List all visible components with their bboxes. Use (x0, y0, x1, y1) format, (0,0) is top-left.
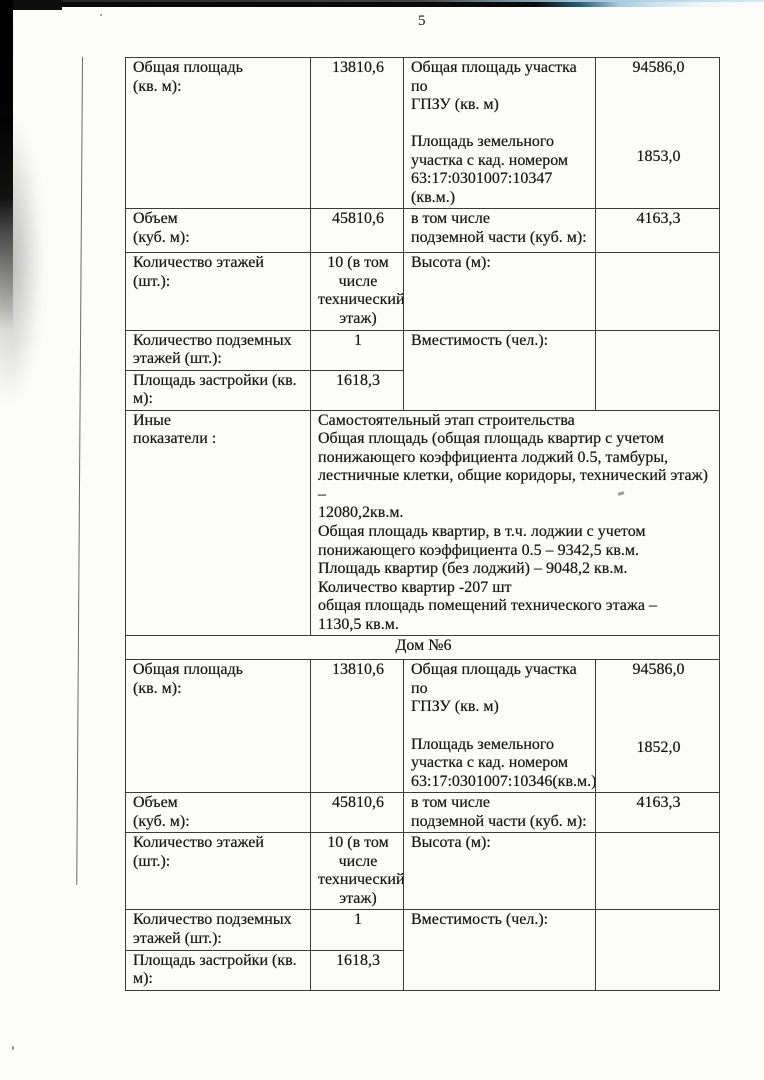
footprint-label: Площадь застройки (кв. м): (126, 370, 311, 410)
volume-label: Объем (куб. м): (126, 793, 311, 833)
section-house-6: Общая площадь (кв. м): 13810,6 Общая пло… (126, 660, 720, 990)
construction-indicators-table: Общая площадь (кв. м): 13810,6 Общая пло… (125, 57, 720, 991)
other-indicators-label: Иные показатели : (126, 410, 311, 636)
row-floors: Количество этажей (шт.): 10 (в том числе… (126, 253, 720, 330)
height-value-cell (596, 253, 720, 330)
height-label: Высота (м): (404, 833, 596, 910)
total-area-label: Общая площадь (кв. м): (126, 58, 311, 209)
page-number: 5 (0, 13, 764, 30)
capacity-value-cell (596, 910, 720, 990)
row-volume: Объем (куб. м): 45810,6 в том числе подз… (126, 209, 720, 253)
cadastral-plot-value: 1852,0 (603, 739, 714, 758)
capacity-value-cell (596, 330, 720, 410)
scan-top-black-bar (0, 2, 764, 7)
volume-value: 45810,6 (311, 793, 404, 833)
section-house-1: Общая площадь (кв. м): 13810,6 Общая пло… (126, 58, 720, 636)
capacity-label: Вместимость (чел.): (404, 330, 596, 410)
plot-area-values-cell: 94586,0 1853,0 (596, 58, 720, 209)
other-indicators-text: Самостоятельный этап строительства Общая… (311, 410, 720, 636)
incl-underground-label: в том числе подземной части (куб. м): (404, 793, 596, 833)
incl-underground-value: 4163,3 (596, 209, 720, 253)
house-6-header-section: Дом №6 (126, 636, 720, 660)
scanned-document-page: 5 Общая площадь (кв. м): 13810,6 Общая п… (0, 0, 764, 1080)
scan-smudge-shadow (0, 110, 44, 410)
footprint-value: 1618,3 (311, 950, 404, 990)
total-area-label: Общая площадь (кв. м): (126, 660, 311, 793)
volume-label: Объем (куб. м): (126, 209, 311, 253)
incl-underground-value: 4163,3 (596, 793, 720, 833)
underground-floors-value: 1 (311, 330, 404, 370)
floors-value: 10 (в том числе технический этаж) (311, 833, 404, 910)
incl-underground-label: в том числе подземной части (куб. м): (404, 209, 596, 253)
floors-value: 10 (в том числе технический этаж) (311, 253, 404, 330)
footprint-label: Площадь застройки (кв. м): (126, 950, 311, 990)
footprint-value: 1618,3 (311, 370, 404, 410)
plot-area-values-cell: 94586,0 1852,0 (596, 660, 720, 793)
plot-area-label: Общая площадь участка по ГПЗУ (кв. м) Пл… (404, 58, 596, 209)
height-label: Высота (м): (404, 253, 596, 330)
house-header: Дом №6 (126, 636, 720, 660)
floors-label: Количество этажей (шт.): (126, 833, 311, 910)
row-other-indicators: Иные показатели : Самостоятельный этап с… (126, 410, 720, 636)
underground-floors-label: Количество подземных этажей (шт.): (126, 910, 311, 950)
floors-label: Количество этажей (шт.): (126, 253, 311, 330)
plot-area-value: 94586,0 (603, 661, 714, 680)
plot-area-label: Общая площадь участка по ГПЗУ (кв. м) Пл… (404, 660, 596, 793)
page-margin-line (76, 57, 83, 885)
underground-floors-value: 1 (311, 910, 404, 950)
scan-speck (12, 1046, 14, 1050)
capacity-label: Вместимость (чел.): (404, 910, 596, 990)
row-total-area: Общая площадь (кв. м): 13810,6 Общая пло… (126, 58, 720, 209)
row-underground-floors: Количество подземных этажей (шт.): 1 Вме… (126, 910, 720, 950)
row-house-header: Дом №6 (126, 636, 720, 660)
total-area-value: 13810,6 (311, 58, 404, 209)
underground-floors-label: Количество подземных этажей (шт.): (126, 330, 311, 370)
height-value-cell (596, 833, 720, 910)
row-underground-floors: Количество подземных этажей (шт.): 1 Вме… (126, 330, 720, 370)
row-volume: Объем (куб. м): 45810,6 в том числе подз… (126, 793, 720, 833)
total-area-value: 13810,6 (311, 660, 404, 793)
volume-value: 45810,6 (311, 209, 404, 253)
row-floors: Количество этажей (шт.): 10 (в том числе… (126, 833, 720, 910)
row-total-area: Общая площадь (кв. м): 13810,6 Общая пло… (126, 660, 720, 793)
cadastral-plot-value: 1853,0 (603, 148, 714, 167)
plot-area-value: 94586,0 (603, 59, 714, 78)
